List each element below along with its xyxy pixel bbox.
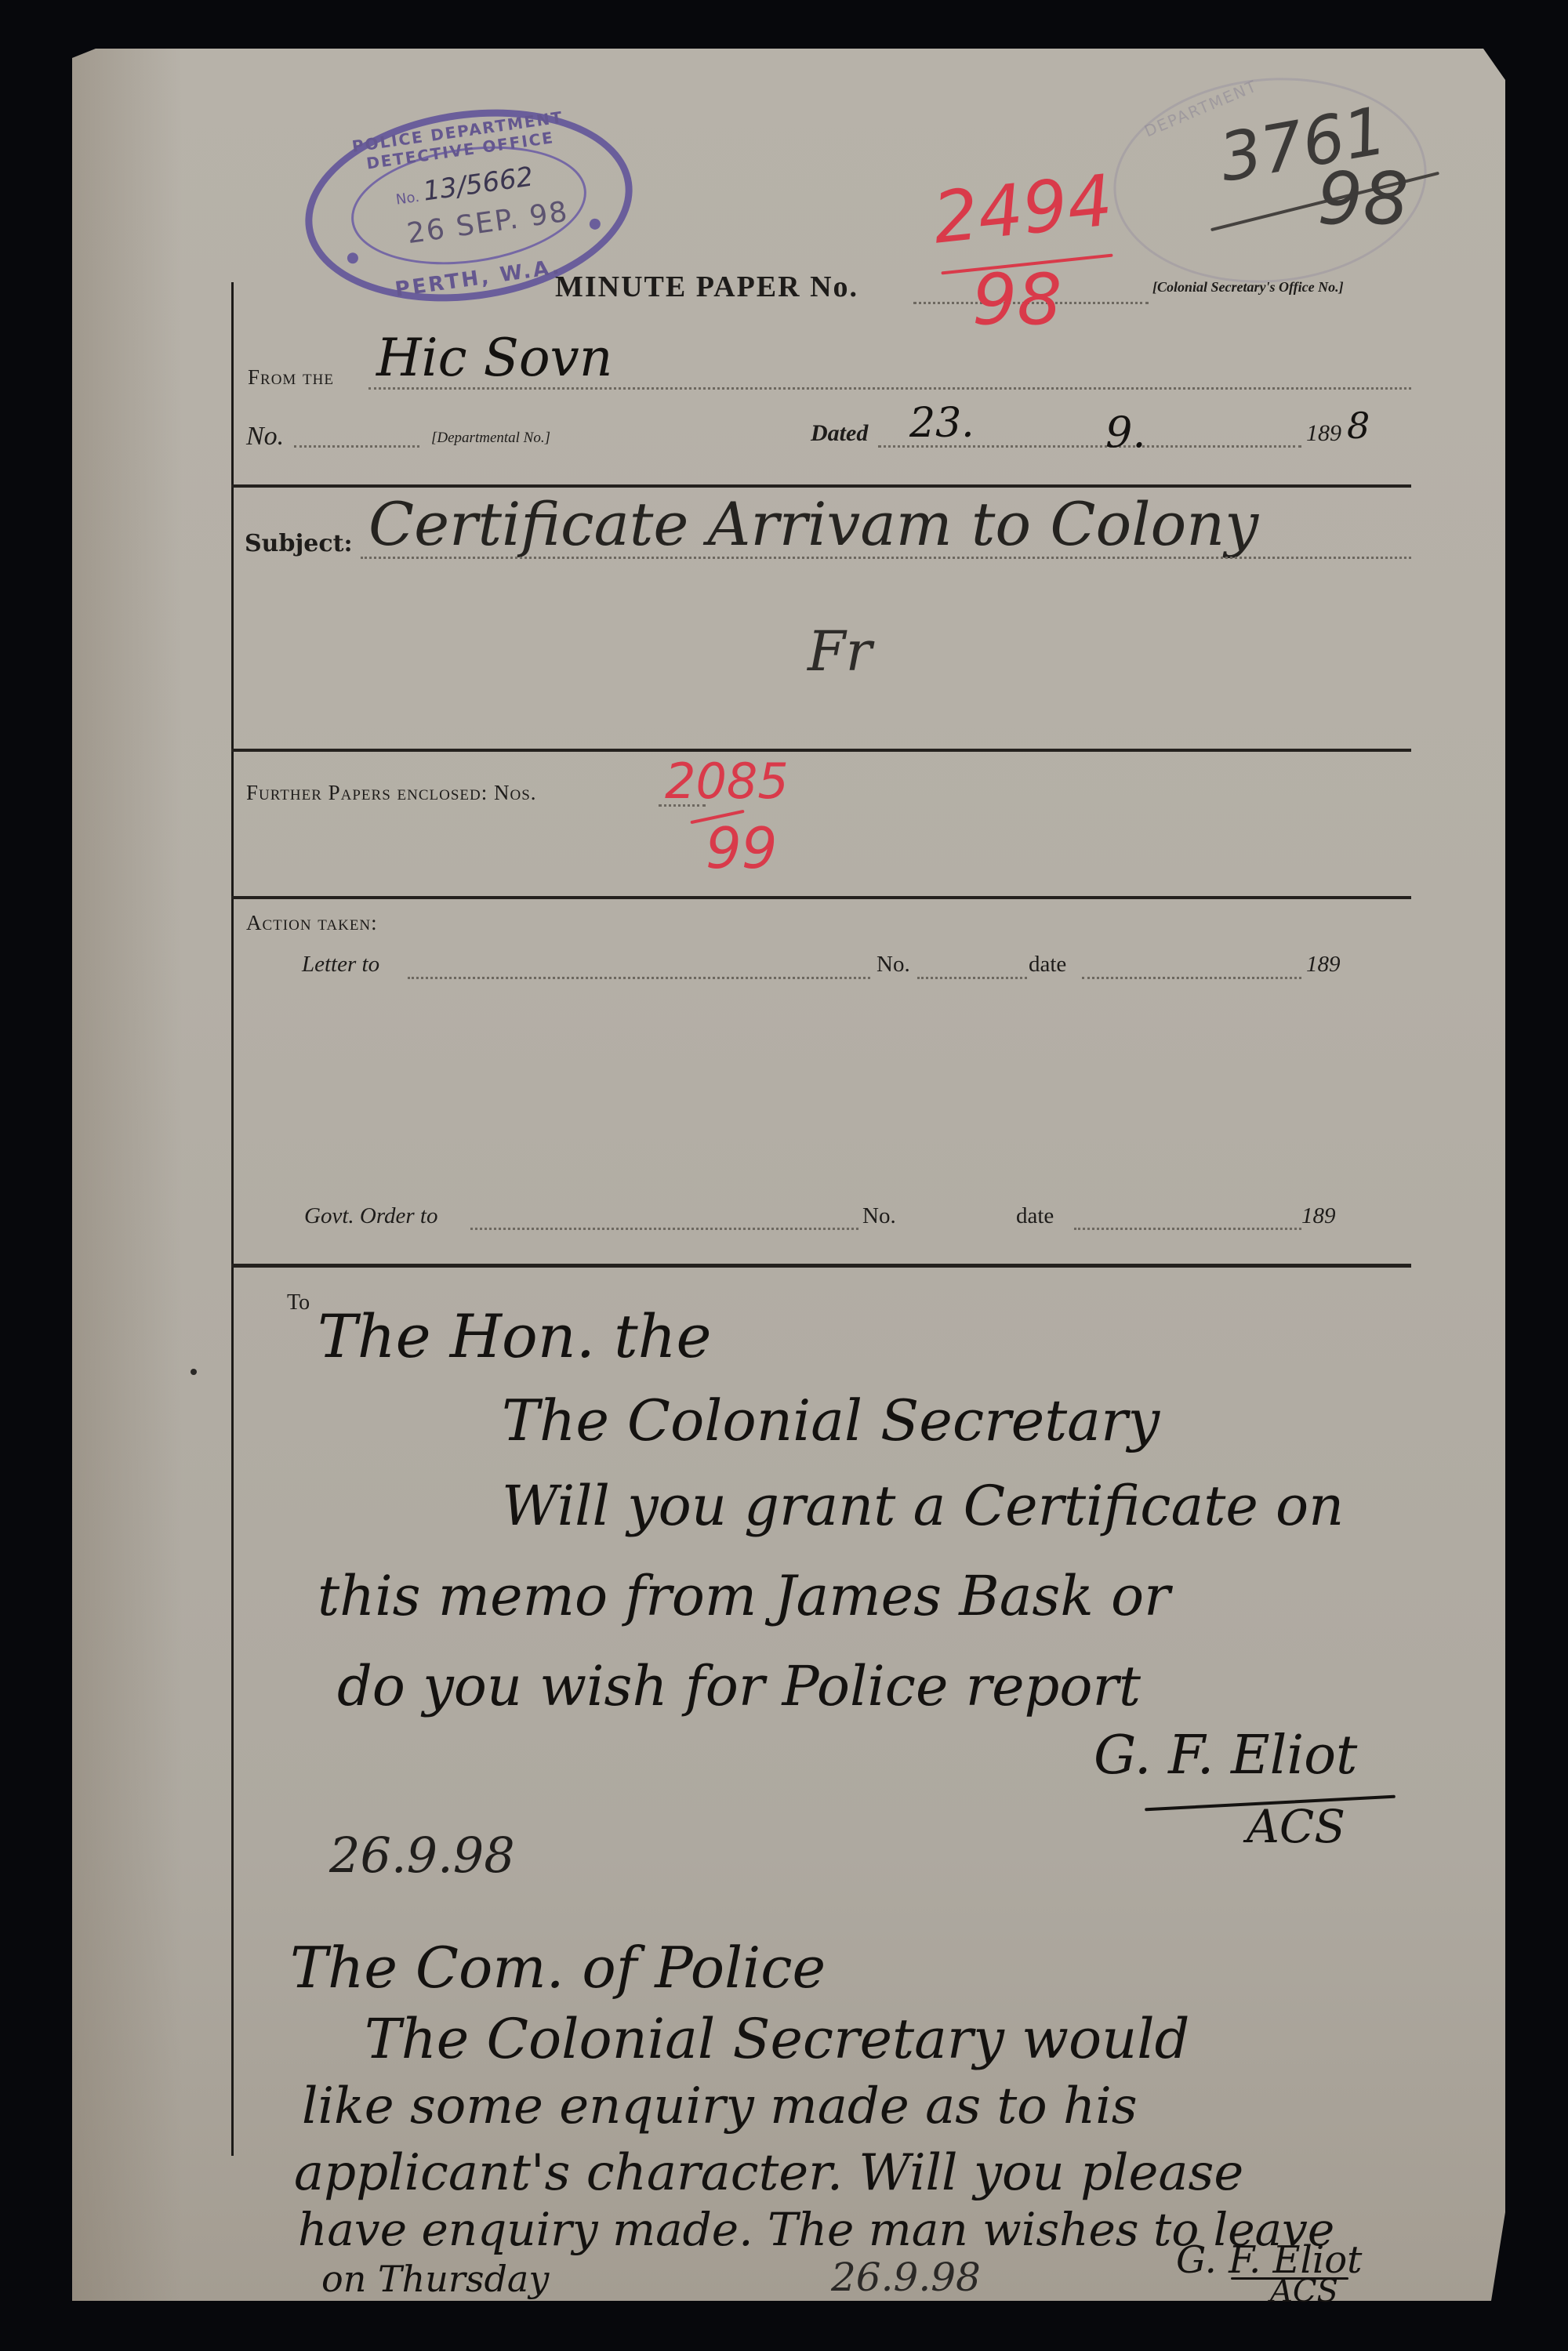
department-no-label: No. [246,422,284,452]
department-no-note: [Departmental No.] [431,430,550,447]
minute2-line3: applicant's character. Will you please [294,2144,1243,2202]
minute2-line2: like some enquiry made as to his [302,2077,1138,2135]
stamp-rosette-icon [347,252,359,264]
dated-year-suffix: 8 [1347,405,1370,447]
stamp-number-prefix: No. [395,189,421,209]
dated-year-prefix: 189 [1306,420,1341,447]
section-divider [231,484,1411,488]
govt-year: 189 [1301,1203,1336,1229]
minute1-line1: The Colonial Secretary [502,1388,1160,1453]
colonial-number-bottom: 98 [1317,157,1409,241]
letter-date-dotted-line [1082,977,1301,979]
from-dotted-line [368,387,1411,390]
minute1-date: 26.9.98 [329,1827,515,1884]
letter-to-label: Letter to [302,952,379,978]
from-value: Hic Sovn [376,328,612,388]
further-papers-number-bottom: 99 [706,815,778,881]
letter-to-dotted-line [408,977,870,979]
minute2-signature-title: ACS [1270,2273,1338,2309]
subject-value: Certificate Arrivam to Colony [368,489,1258,559]
govt-date-dotted-line [1074,1228,1301,1230]
letter-no-dotted-line [917,977,1027,979]
govt-order-label: Govt. Order to [304,1203,438,1229]
section-divider [231,896,1411,899]
department-no-dotted-line [294,445,419,448]
letter-no-label: No. [877,952,910,978]
minute1-addressee: The Hon. the [318,1301,712,1371]
further-papers-number-top: 2085 [665,753,789,810]
govt-no-label: No. [862,1203,896,1229]
minute-number-bottom: 98 [972,259,1062,341]
minute1-line4: do you wish for Police report [337,1654,1141,1718]
stamp-rosette-icon [589,218,601,230]
minute1-line2: Will you grant a Certificate on [502,1474,1344,1538]
page-title: MINUTE PAPER No. [555,270,858,304]
minute2-line5: on Thursday [321,2258,549,2300]
minute2-line1: The Colonial Secretary would [365,2007,1189,2071]
dated-label: Dated [811,420,868,447]
from-label: From the [248,365,334,390]
to-label: To [287,1290,310,1315]
subject-label: Subject: [245,530,353,557]
govt-order-dotted-line [470,1228,858,1230]
dated-day: 23. [909,400,975,447]
minute1-signature-title: ACS [1247,1800,1345,1853]
subject-dotted-line [361,557,1411,559]
left-margin-rule [231,282,234,2156]
further-papers-label: Further Papers enclosed: Nos. [246,781,537,805]
minute2-date: 26.9.98 [831,2255,981,2300]
govt-date-label: date [1016,1203,1054,1229]
section-divider [231,1264,1411,1268]
section-divider [231,749,1411,752]
minute1-signature: G. F. Eliot [1094,1725,1357,1787]
action-taken-label: Action taken: [246,911,378,935]
minute1-line3: this memo from James Bask or [318,1564,1171,1628]
letter-year: 189 [1306,952,1341,978]
dated-month: 9. [1105,408,1146,457]
ink-spot [191,1369,197,1375]
subject-extra: Fr [808,619,872,684]
letter-date-label: date [1029,952,1066,978]
colonial-office-note: [Colonial Secretary's Office No.] [1152,279,1344,296]
minute2-addressee: The Com. of Police [290,1935,826,2001]
